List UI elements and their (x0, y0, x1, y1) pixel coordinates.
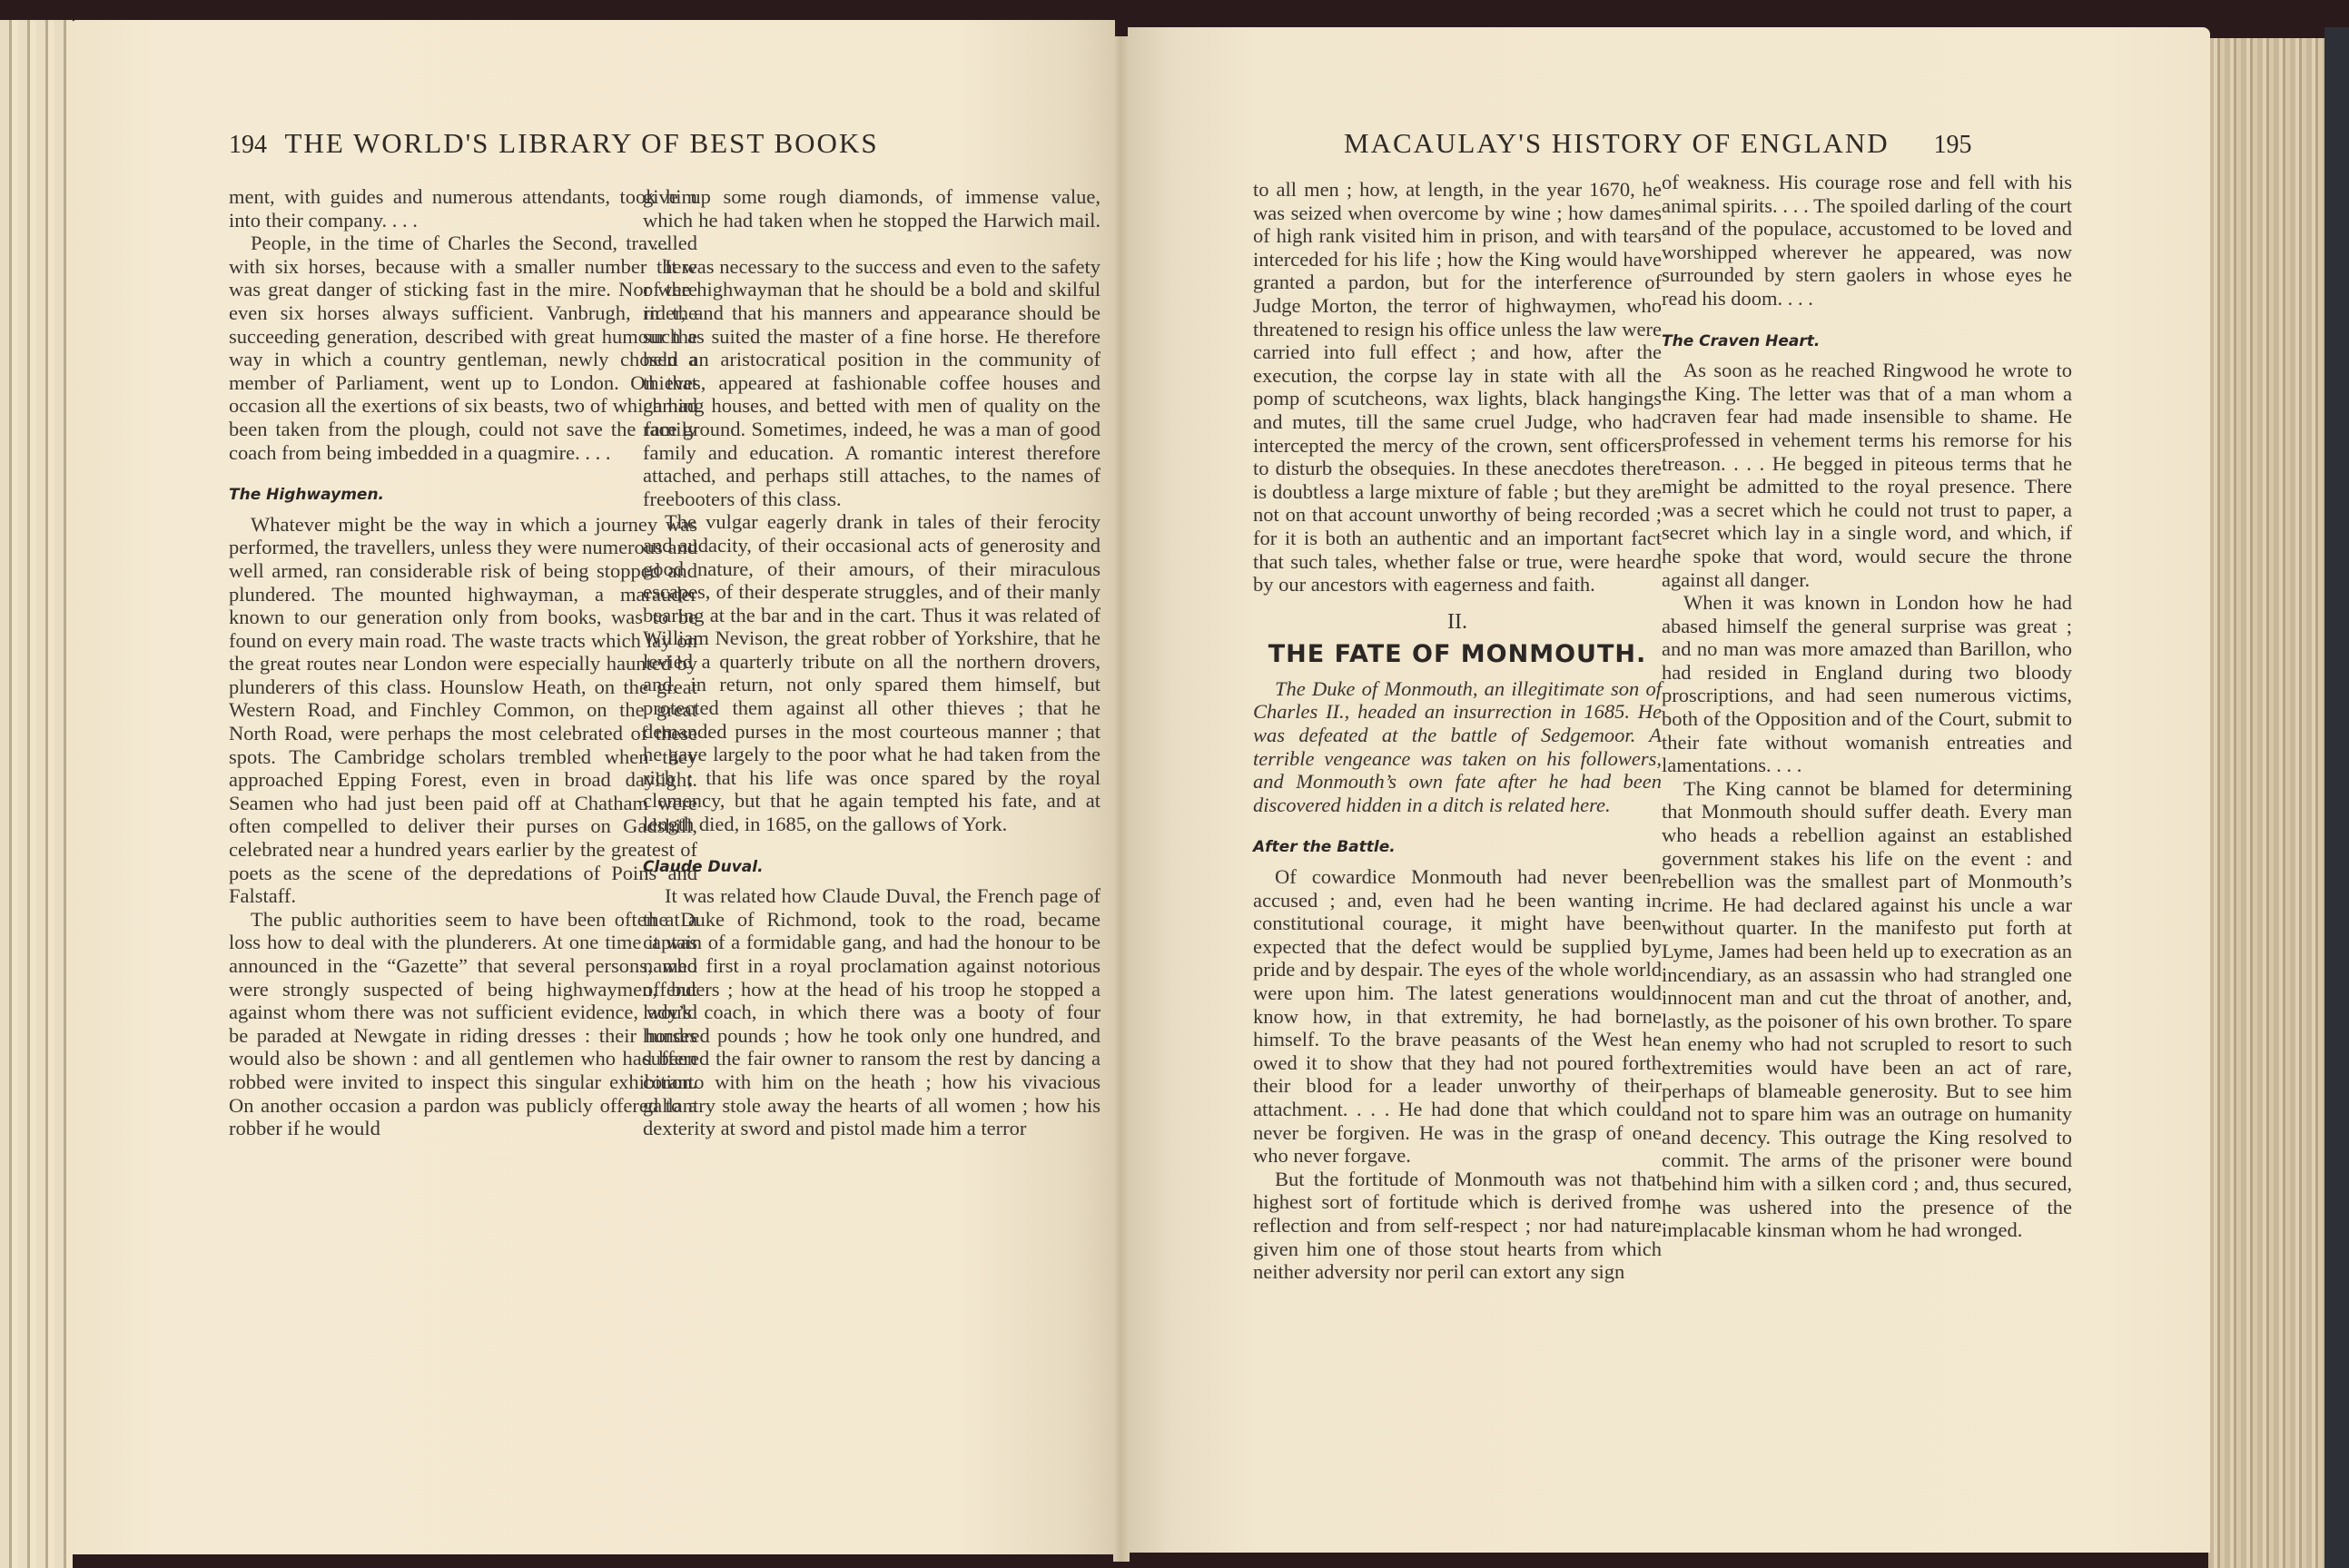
right-page: MACAULAY'S HISTORY OF ENGLAND 195 to all… (1128, 27, 2210, 1553)
left-page-column-2: give up some rough diamonds, of immense … (643, 185, 1100, 1140)
right-header-title: MACAULAY'S HISTORY OF ENGLAND (1344, 127, 1890, 159)
subheading-craven-heart: The Craven Heart. (1662, 330, 2072, 354)
chapter-intro: The Duke of Monmouth, an illegitimate so… (1253, 677, 1662, 817)
left-page: 194 THE WORLD'S LIBRARY OF BEST BOOKS me… (71, 20, 1115, 1554)
paragraph: People, in the time of Charles the Secon… (229, 232, 697, 464)
subheading-highwaymen: The Highwaymen. (229, 484, 697, 508)
book-cover-edge (2324, 27, 2349, 1568)
section-number: II. (1253, 611, 1662, 635)
paragraph: It was related how Claude Duval, the Fre… (643, 884, 1100, 1140)
paragraph: ment, with guides and numerous attendant… (229, 185, 697, 232)
subheading-claude-duval: Claude Duval. (643, 856, 1100, 880)
paragraph: The vulgar eagerly drank in tales of the… (643, 510, 1100, 835)
left-page-column-1: ment, with guides and numerous attendant… (229, 185, 697, 1140)
left-header-title: THE WORLD'S LIBRARY OF BEST BOOKS (285, 127, 879, 159)
left-page-edges (0, 20, 73, 1568)
subheading-after-the-battle: After the Battle. (1253, 836, 1662, 860)
right-running-head: MACAULAY'S HISTORY OF ENGLAND 195 (1344, 127, 1971, 160)
right-page-edges (2208, 38, 2331, 1568)
paragraph: When it was known in London how he had a… (1662, 591, 2072, 777)
right-page-column-2: of weakness. His courage rose and fell w… (1662, 171, 2072, 1242)
left-running-head: 194 THE WORLD'S LIBRARY OF BEST BOOKS (229, 127, 879, 160)
chapter-title: THE FATE OF MONMOUTH. (1253, 643, 1662, 666)
paragraph: of weakness. His courage rose and fell w… (1662, 171, 2072, 311)
paragraph: The King cannot be blamed for determinin… (1662, 777, 2072, 1242)
paragraph: The public authorities seem to have been… (229, 908, 697, 1140)
right-page-column-1: to all men ; how, at length, in the year… (1253, 178, 1662, 1284)
paragraph: Whatever might be the way in which a jou… (229, 513, 697, 908)
paragraph: Of cowardice Monmouth had never been acc… (1253, 865, 1662, 1168)
page-number-left: 194 (229, 131, 267, 159)
paragraph: As soon as he reached Ringwood he wrote … (1662, 359, 2072, 591)
page-number-right: 195 (1933, 131, 1971, 159)
paragraph: It was necessary to the success and even… (643, 255, 1100, 511)
paragraph: But the fortitude of Monmouth was not th… (1253, 1168, 1662, 1284)
paragraph: give up some rough diamonds, of immense … (643, 185, 1100, 255)
paragraph: to all men ; how, at length, in the year… (1253, 178, 1662, 597)
